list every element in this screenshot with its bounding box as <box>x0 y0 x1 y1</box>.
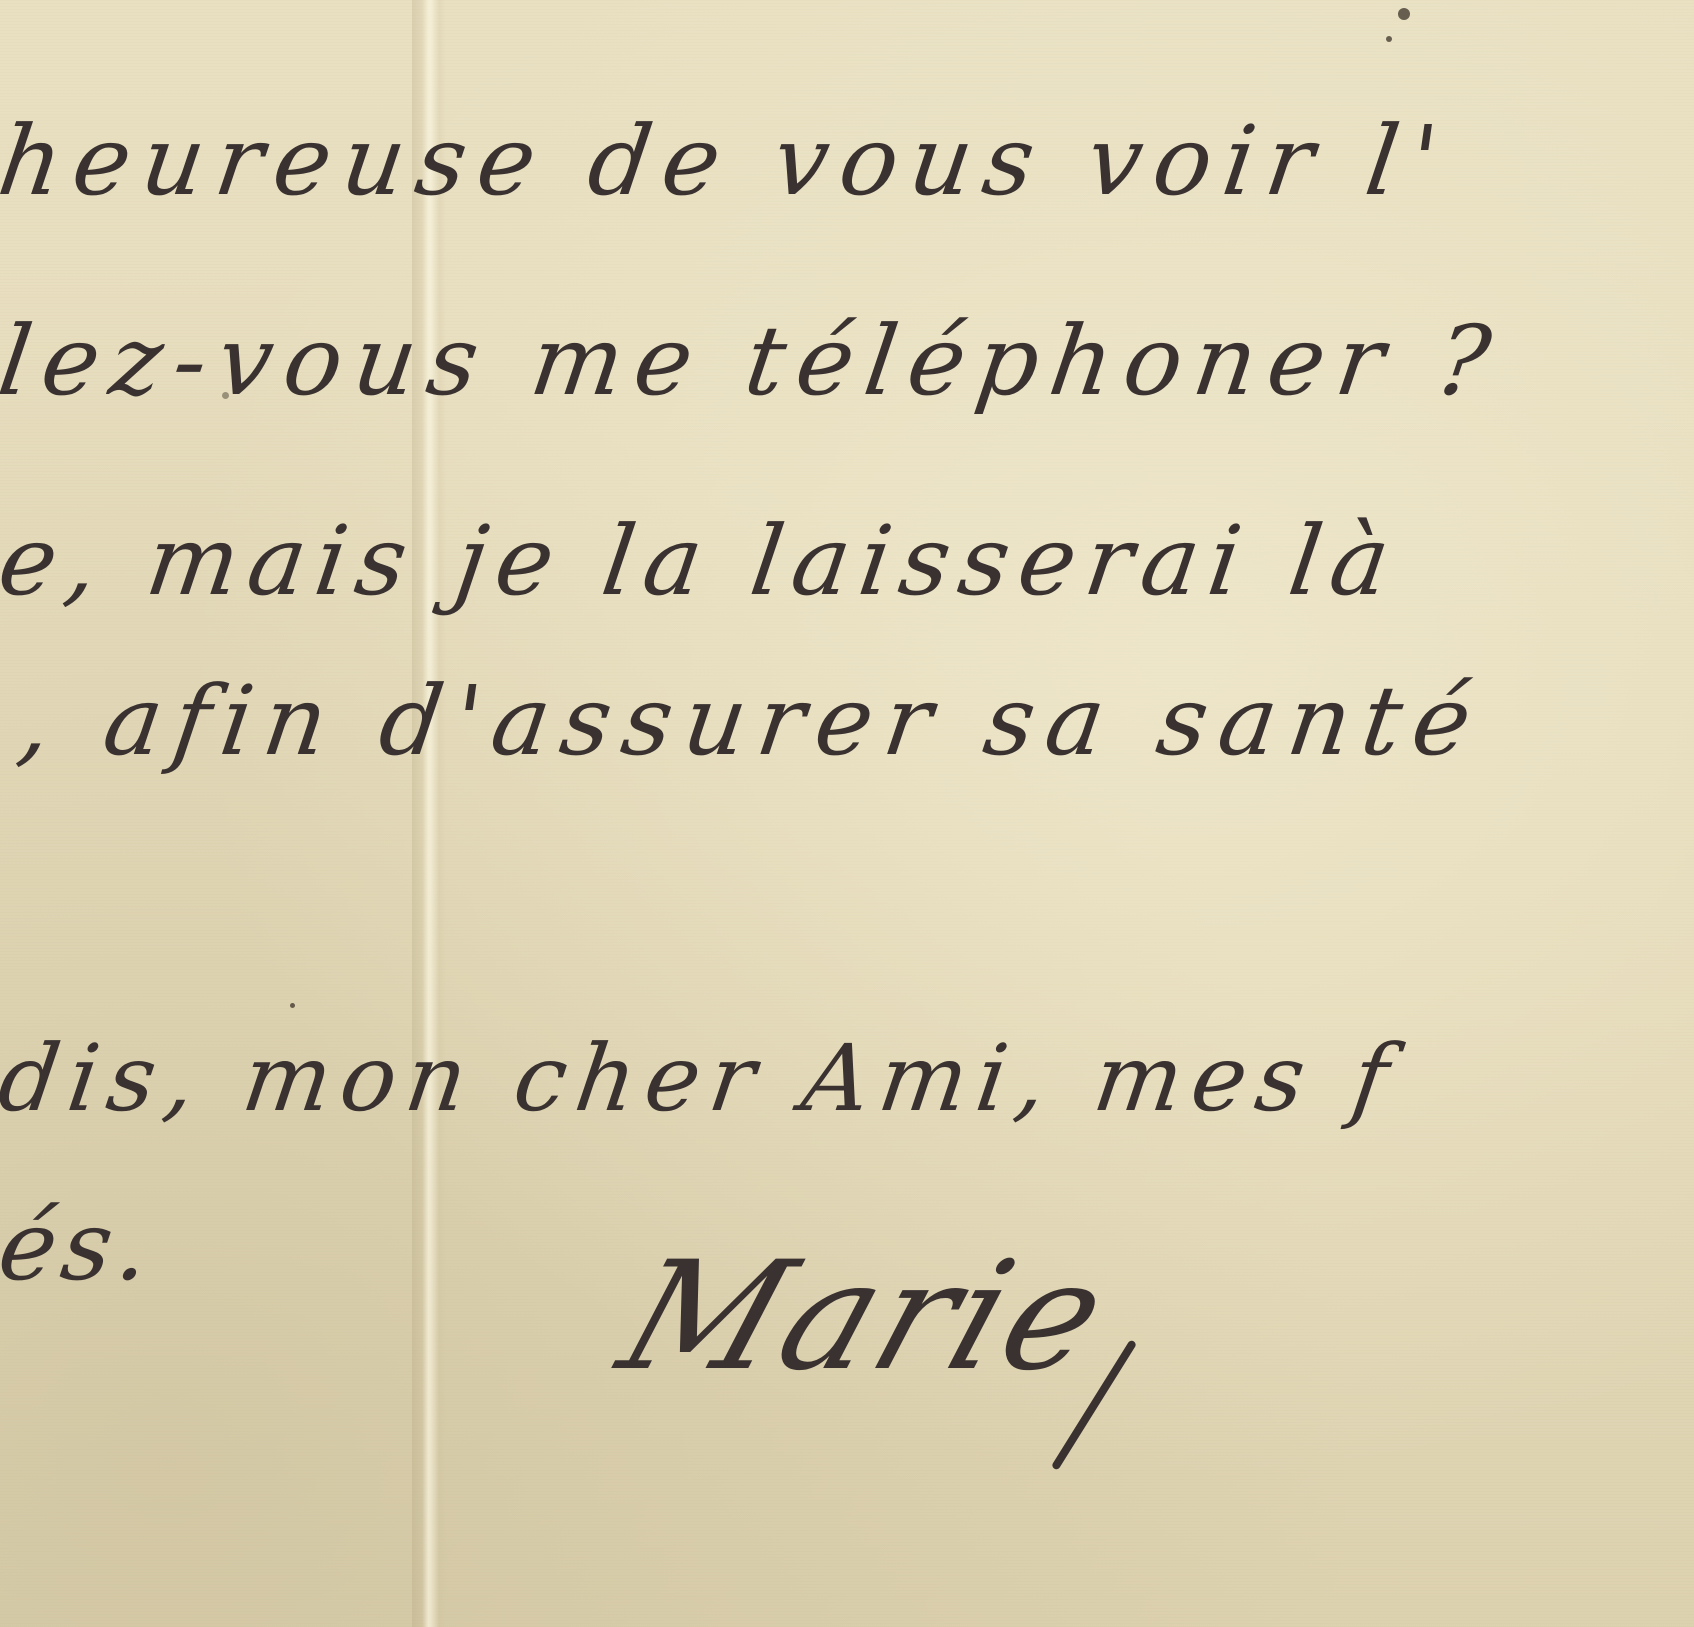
ink-speck <box>290 1003 295 1008</box>
signature: Marie <box>602 1230 1130 1404</box>
letter-line-5-closing: dis, mon cher Ami, mes f <box>0 1025 1405 1132</box>
letter-line-1: heureuse de vous voir l' <box>0 105 1456 217</box>
letter-line-2: lez-vous me téléphoner ? <box>0 305 1509 417</box>
letter-page: heureuse de vous voir l' lez-vous me tél… <box>0 0 1694 1627</box>
letter-line-6: és. <box>0 1190 162 1302</box>
letter-line-4: , afin d'assurer sa santé <box>12 665 1490 777</box>
letter-line-3: e, mais je la laisserai là <box>0 505 1406 617</box>
paper-fold-crease <box>412 0 446 1627</box>
ink-speck <box>1398 8 1410 20</box>
ink-speck <box>1386 36 1392 42</box>
